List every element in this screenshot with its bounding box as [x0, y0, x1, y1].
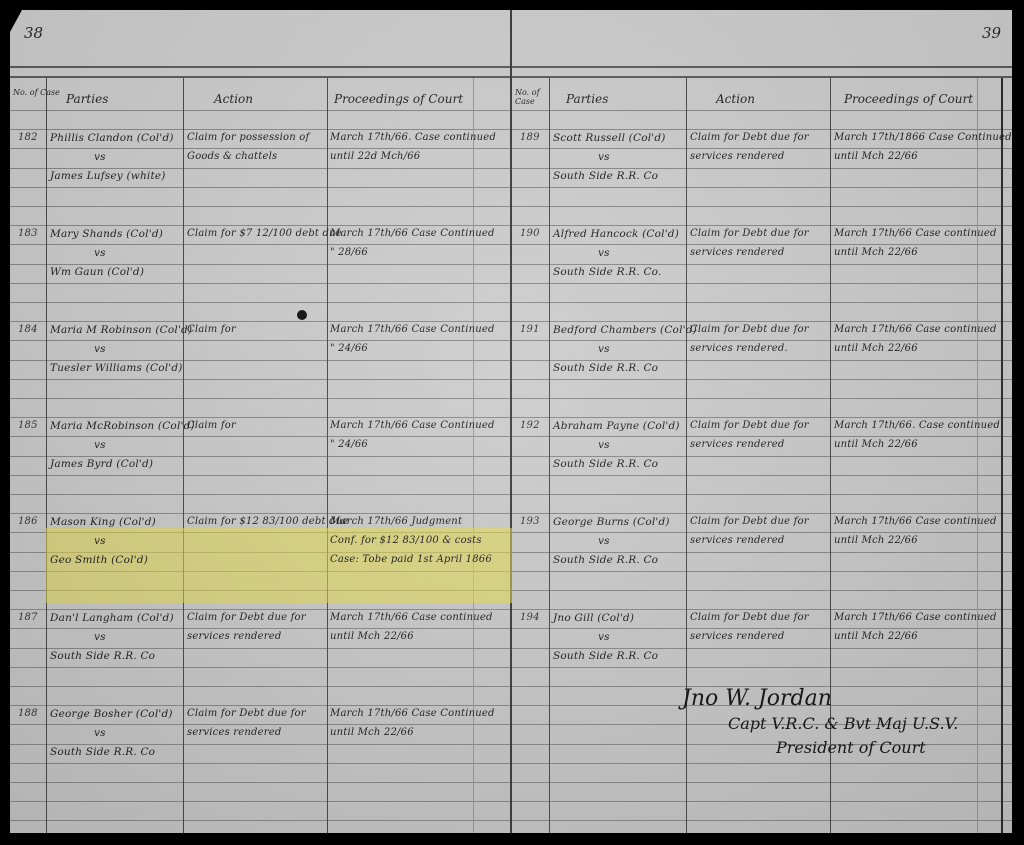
case-number: 185 [18, 420, 38, 431]
plaintiff-name: Maria M Robinson (Col'd) [50, 324, 192, 336]
header-no-of-case-left: No. of Case [13, 88, 60, 97]
action-text: services rendered [690, 631, 784, 642]
header-proceedings-right: Proceedings of Court [844, 92, 973, 106]
plaintiff-name: Maria McRobinson (Col'd) [50, 420, 195, 432]
column-divider [183, 78, 184, 833]
action-text: Claim for Debt due for [690, 516, 809, 527]
action-text: Claim for [187, 420, 236, 431]
ink-blot [297, 310, 307, 320]
proceedings-text: March 17th/66 Case continued [330, 612, 493, 623]
versus-label: vs [598, 343, 610, 355]
proceedings-text: until Mch 22/66 [330, 631, 414, 642]
defendant-name: South Side R.R. Co [50, 650, 155, 662]
versus-label: vs [94, 247, 106, 259]
versus-label: vs [94, 151, 106, 163]
action-text: Claim for $12 83/100 debt due [187, 516, 348, 527]
signature-role: President of Court [776, 738, 926, 757]
defendant-name: James Lufsey (white) [50, 170, 166, 182]
plaintiff-name: George Bosher (Col'd) [50, 708, 173, 720]
proceedings-text: until Mch 22/66 [834, 247, 918, 258]
page-edge [1001, 78, 1003, 833]
action-text: Claim for Debt due for [187, 612, 306, 623]
case-number: 193 [520, 516, 540, 527]
plaintiff-name: Phillis Clandon (Col'd) [50, 132, 174, 144]
action-text: services rendered. [690, 343, 788, 354]
proceedings-text: until Mch 22/66 [834, 631, 918, 642]
left-page-number: 38 [24, 24, 43, 42]
plaintiff-name: Bedford Chambers (Col'd) [553, 324, 697, 336]
defendant-name: South Side R.R. Co [553, 458, 658, 470]
proceedings-text: March 17th/66 Case Continued [330, 228, 495, 239]
action-text: Claim for Debt due for [690, 324, 809, 335]
action-text: Claim for Debt due for [690, 228, 809, 239]
defendant-name: James Byrd (Col'd) [50, 458, 153, 470]
header-no-of-case-right: No. of Case [515, 88, 547, 106]
action-text: services rendered [187, 727, 281, 738]
defendant-name: Tuesler Williams (Col'd) [50, 362, 183, 374]
proceedings-text: Case: Tobe paid 1st April 1866 [330, 554, 492, 565]
defendant-name: South Side R.R. Co [50, 746, 155, 758]
proceedings-text: until Mch 22/66 [834, 151, 918, 162]
case-number: 194 [520, 612, 540, 623]
defendant-name: South Side R.R. Co [553, 554, 658, 566]
plaintiff-name: Mary Shands (Col'd) [50, 228, 163, 240]
action-text: Claim for Debt due for [690, 132, 809, 143]
proceedings-text: March 17th/66 Case Continued [330, 324, 495, 335]
page-gutter [510, 10, 512, 833]
proceedings-text: March 17th/66 Case Continued [330, 420, 495, 431]
case-number: 189 [520, 132, 540, 143]
action-text: services rendered [690, 439, 784, 450]
defendant-name: South Side R.R. Co [553, 362, 658, 374]
case-number: 190 [520, 228, 540, 239]
proceedings-text: until Mch 22/66 [834, 535, 918, 546]
signature-name: Jno W. Jordan [682, 686, 832, 711]
proceedings-text: until Mch 22/66 [834, 439, 918, 450]
header-action-left: Action [214, 92, 253, 106]
right-page-number: 39 [982, 24, 1001, 42]
case-number: 186 [18, 516, 38, 527]
header-proceedings-left: Proceedings of Court [334, 92, 463, 106]
signature-title: Capt V.R.C. & Bvt Maj U.S.V. [728, 714, 958, 733]
case-number: 192 [520, 420, 540, 431]
action-text: services rendered [690, 535, 784, 546]
plaintiff-name: Dan'l Langham (Col'd) [50, 612, 174, 624]
proceedings-text: " 28/66 [330, 247, 368, 258]
action-text: Goods & chattels [187, 151, 277, 162]
action-text: services rendered [187, 631, 281, 642]
proceedings-text: March 17th/66 Case Continued [330, 708, 495, 719]
defendant-name: Geo Smith (Col'd) [50, 554, 148, 566]
header-parties-left: Parties [66, 92, 108, 106]
column-divider [473, 78, 474, 833]
proceedings-text: " 24/66 [330, 343, 368, 354]
plaintiff-name: George Burns (Col'd) [553, 516, 670, 528]
proceedings-text: until Mch 22/66 [330, 727, 414, 738]
action-text: services rendered [690, 247, 784, 258]
proceedings-text: Conf. for $12 83/100 & costs [330, 535, 482, 546]
case-number: 191 [520, 324, 540, 335]
column-divider [327, 78, 328, 833]
column-divider [686, 78, 687, 833]
versus-label: vs [598, 439, 610, 451]
versus-label: vs [94, 631, 106, 643]
plaintiff-name: Mason King (Col'd) [50, 516, 156, 528]
ledger-page-spread: 38 39 No. of Case Parties Action Proceed… [10, 10, 1012, 833]
column-divider [46, 78, 47, 833]
versus-label: vs [94, 439, 106, 451]
versus-label: vs [94, 727, 106, 739]
action-text: Claim for possession of [187, 132, 309, 143]
plaintiff-name: Alfred Hancock (Col'd) [553, 228, 679, 240]
versus-label: vs [598, 535, 610, 547]
action-text: Claim for Debt due for [690, 420, 809, 431]
defendant-name: South Side R.R. Co [553, 650, 658, 662]
proceedings-text: March 17th/1866 Case Continued [834, 132, 1012, 143]
case-number: 182 [18, 132, 38, 143]
column-divider [977, 78, 978, 833]
defendant-name: South Side R.R. Co. [553, 266, 662, 278]
proceedings-text: March 17th/66. Case continued [834, 420, 1000, 431]
defendant-name: Wm Gaun (Col'd) [50, 266, 144, 278]
defendant-name: South Side R.R. Co [553, 170, 658, 182]
plaintiff-name: Jno Gill (Col'd) [553, 612, 634, 624]
proceedings-text: until Mch 22/66 [834, 343, 918, 354]
case-number: 184 [18, 324, 38, 335]
versus-label: vs [598, 151, 610, 163]
column-divider [549, 78, 550, 833]
folded-corner [10, 10, 22, 32]
header-parties-right: Parties [566, 92, 608, 106]
proceedings-text: March 17th/66 Case continued [834, 324, 997, 335]
versus-label: vs [94, 343, 106, 355]
case-number: 188 [18, 708, 38, 719]
proceedings-text: March 17th/66 Case continued [834, 612, 997, 623]
proceedings-text: March 17th/66 Judgment [330, 516, 462, 527]
action-text: Claim for Debt due for [690, 612, 809, 623]
action-text: Claim for $7 12/100 debt due [187, 228, 342, 239]
case-number: 187 [18, 612, 38, 623]
action-text: Claim for Debt due for [187, 708, 306, 719]
proceedings-text: March 17th/66. Case continued [330, 132, 496, 143]
action-text: Claim for [187, 324, 236, 335]
plaintiff-name: Scott Russell (Col'd) [553, 132, 666, 144]
versus-label: vs [598, 631, 610, 643]
proceedings-text: March 17th/66 Case continued [834, 516, 997, 527]
plaintiff-name: Abraham Payne (Col'd) [553, 420, 680, 432]
versus-label: vs [598, 247, 610, 259]
action-text: services rendered [690, 151, 784, 162]
case-number: 183 [18, 228, 38, 239]
versus-label: vs [94, 535, 106, 547]
header-action-right: Action [716, 92, 755, 106]
proceedings-text: until 22d Mch/66 [330, 151, 420, 162]
proceedings-text: " 24/66 [330, 439, 368, 450]
proceedings-text: March 17th/66 Case continued [834, 228, 997, 239]
